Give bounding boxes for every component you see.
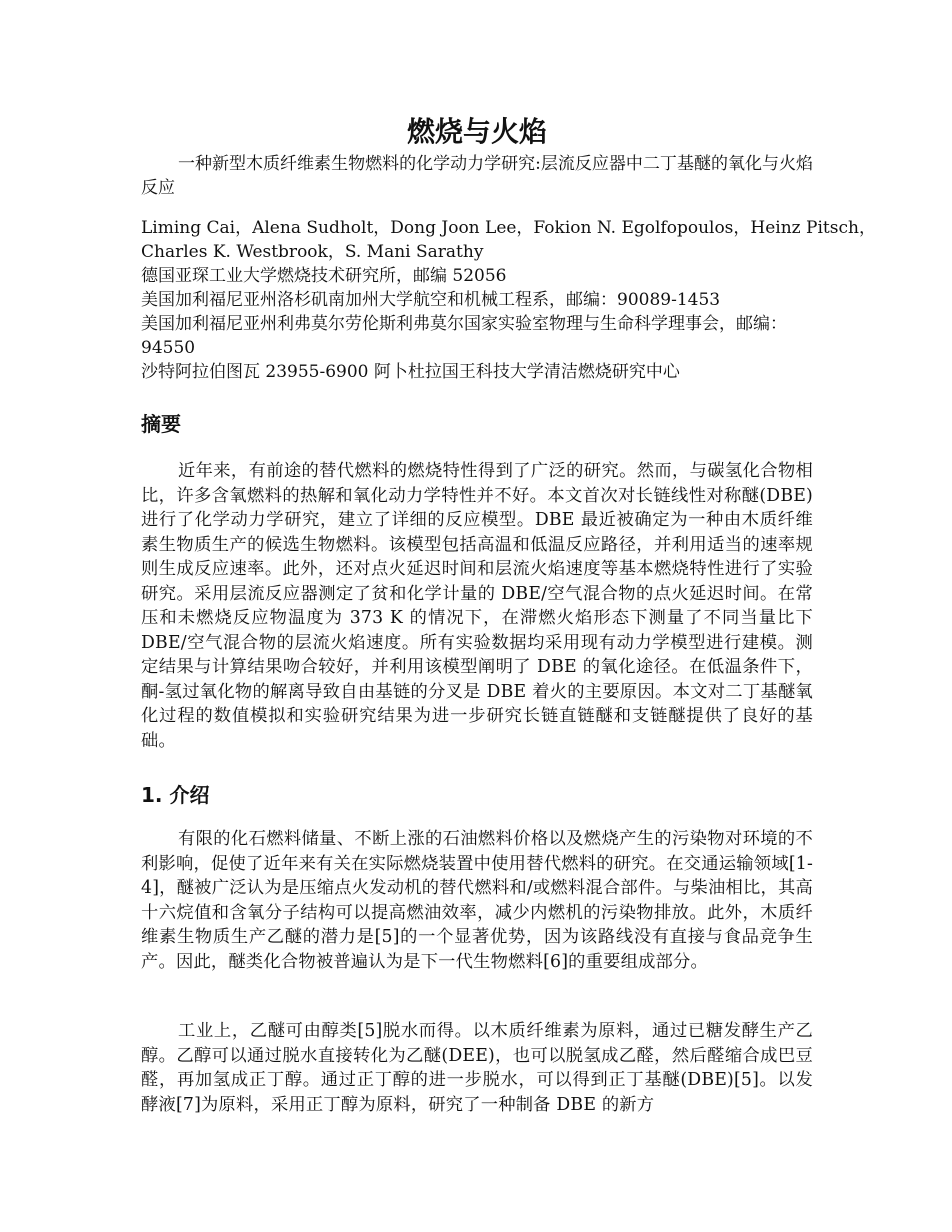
intro-paragraph-1: 有限的化石燃料储量、不断上涨的石油燃料价格以及燃烧产生的污染物对环境的不利影响，… [141,827,813,974]
authors-line-1: Liming Cai，Alena Sudholt，Dong Joon Lee，F… [141,216,813,240]
affiliation: 美国加利福尼亚州利弗莫尔劳伦斯利弗莫尔国家实验室物理与生命科学理事会，邮编：94… [141,312,813,360]
introduction-heading: 1. 介绍 [141,781,209,809]
intro-paragraph-2: 工业上，乙醚可由醇类[5]脱水而得。以木质纤维素为原料，通过已糖发酵生产乙醇。乙… [141,1019,813,1117]
journal-title: 燃烧与火焰 [141,114,813,150]
author-block: Liming Cai，Alena Sudholt，Dong Joon Lee，F… [141,216,813,384]
affiliation: 德国亚琛工业大学燃烧技术研究所，邮编 52056 [141,264,813,288]
affiliation: 美国加利福尼亚州洛杉矶南加州大学航空和机械工程系，邮编：90089-1453 [141,288,813,312]
abstract-text: 近年来，有前途的替代燃料的燃烧特性得到了广泛的研究。然而，与碳氢化合物相比，许多… [141,459,813,753]
authors-line-2: Charles K. Westbrook，S. Mani Sarathy [141,240,813,264]
affiliation: 沙特阿拉伯图瓦 23955-6900 阿卜杜拉国王科技大学清洁燃烧研究中心 [141,360,813,384]
abstract-heading: 摘要 [141,410,181,438]
paper-subtitle: 一种新型木质纤维素生物燃料的化学动力学研究:层流反应器中二丁基醚的氧化与火焰反应 [141,152,813,200]
